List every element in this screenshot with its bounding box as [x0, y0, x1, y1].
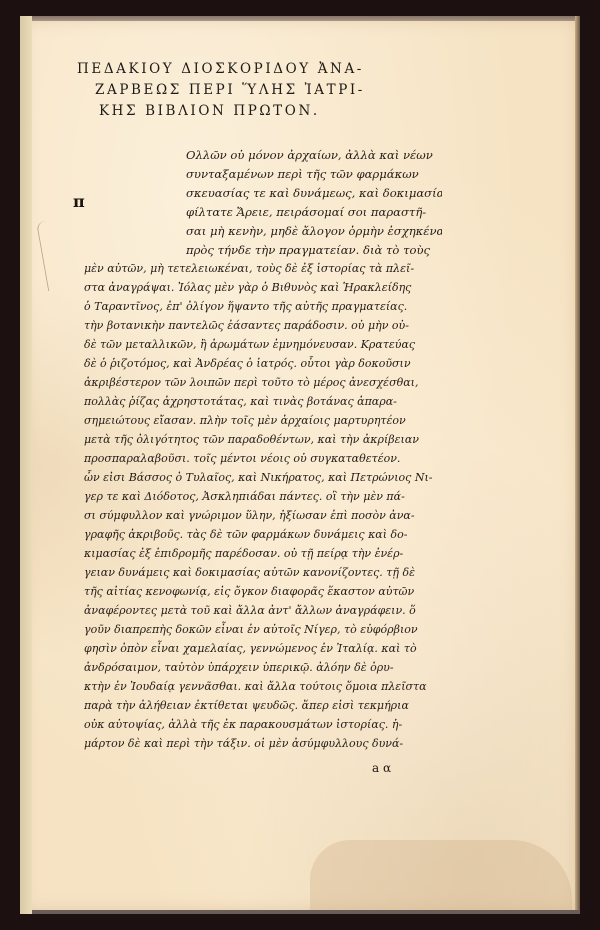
text-line: Ολλῶν οὐ μόνον ἀρχαίων, ἀλλὰ καὶ νέων — [186, 146, 442, 164]
title-line-3: ΚΗΣ ΒΙΒΛΙΟΝ ΠΡΩΤΟΝ. — [77, 101, 497, 122]
text-line: τῆς αἰτίας κενοφωνίᾳ, εἰς ὄγκον διαφορᾶς… — [84, 583, 442, 601]
text-line: γειαν δυνάμεις καὶ δοκιμασίας αὐτῶν κανο… — [84, 564, 442, 582]
page-top-edge — [20, 16, 580, 21]
page-gutter-edge — [20, 16, 32, 914]
text-line: μετὰ τῆς ὀλιγότητος τῶν παραδοθέντων, κα… — [84, 431, 442, 449]
text-line: κιμασίας ἐξ ἐπιδρομῆς παρέδοσαν. οὐ τῇ π… — [84, 545, 442, 563]
text-line: προσπαραλαβοῦσι. τοῖς μέντοι νέοις οὐ συ… — [84, 450, 442, 468]
text-line: ἀναφέροντες μετὰ τοῦ καὶ ἄλλα ἀντ' ἄλλων… — [84, 602, 442, 620]
text-line: σκευασίας τε καὶ δυνάμεως, καὶ δοκιμασία… — [186, 184, 442, 202]
text-line: στα ἀναγράψαι. Ἰόλας μὲν γὰρ ὁ Βιθυνὸς κ… — [84, 279, 442, 297]
text-line: ὧν εἰσι Βάσσος ὁ Τυλαῖος, καὶ Νικήρατος,… — [84, 469, 442, 487]
text-line: μάρτον δὲ καὶ περὶ τὴν τάξιν. οἱ μὲν ἀσύ… — [84, 735, 442, 753]
text-line: φησὶν ὀπὸν εἶναι χαμελαίας, γεννώμενος ἐ… — [84, 640, 442, 658]
page-bottom-edge — [32, 910, 580, 914]
text-line: ἀνδρόσαιμον, ταὐτὸν ὑπάρχειν ὑπερικῷ. ἀλ… — [84, 659, 442, 677]
text-line: δὲ ὁ ῥιζοτόμος, καὶ Ἀνδρέας ὁ ἰατρός. οὗ… — [84, 355, 442, 373]
text-line: ἀκριβέστερον τῶν λοιπῶν περὶ τοῦτο τὸ μέ… — [84, 374, 442, 392]
text-line: οὐκ αὐτοψίας, ἀλλὰ τῆς ἐκ παρακουσμάτων … — [84, 716, 442, 734]
paper-crease — [36, 221, 63, 291]
text-line: γραφῆς ἀκριβοῦς. τὰς δὲ τῶν φαρμάκων δυν… — [84, 526, 442, 544]
signature-mark: a α — [372, 761, 391, 775]
text-line: ὁ Ταραντῖνος, ἐπ' ὀλίγον ἥψαντο τῆς αὐτῆ… — [84, 298, 442, 316]
text-line: τὴν βοτανικὴν παντελῶς ἐάσαντες παράδοσι… — [84, 317, 442, 335]
text-line: πολλὰς ῥίζας ἀχρηστοτάτας, καὶ τινὰς βοτ… — [84, 393, 442, 411]
text-line: μὲν αὐτῶν, μὴ τετελειωκέναι, τοὺς δὲ ἐξ … — [84, 260, 442, 278]
title-line-2: ΖΑΡΒΕΩΣ ΠΕΡΙ ὝΛΗΣ ἸΑΤΡΙ- — [77, 80, 497, 101]
text-line: γοῦν διαπρεπὴς δοκῶν εἶναι ἐν αὐτοῖς Νίγ… — [84, 621, 442, 639]
text-line: συνταξαμένων περὶ τῆς τῶν φαρμάκων — [186, 165, 442, 183]
text-line: δὲ τῶν μεταλλικῶν, ἢ ἀρωμάτων ἐμνημόνευσ… — [84, 336, 442, 354]
text-line: παρὰ τὴν ἀλήθειαν ἐκτίθεται ψευδῶς. ἅπερ… — [84, 697, 442, 715]
page-right-edge — [575, 16, 580, 914]
initial-guide-letter: π — [73, 192, 85, 211]
water-stain — [310, 840, 572, 910]
text-line: σαι μὴ κενὴν, μηδὲ ἄλογον ὁρμὴν ἐσχηκένα… — [186, 222, 442, 240]
text-line: σι σύμφυλλον καὶ γνώριμον ὕλην, ἠξίωσαν … — [84, 507, 442, 525]
title-line-1: ΠΕΔΑΚΙΟΥ ΔΙΟΣΚΟΡΙΔΟΥ ἈΝΑ- — [77, 59, 497, 80]
text-line: πρὸς τήνδε τὴν πραγματείαν. διὰ τὸ τοὺς — [186, 241, 442, 259]
text-line: κτὴν ἐν Ἰουδαίᾳ γεννᾶσθαι. καὶ ἄλλα τούτ… — [84, 678, 442, 696]
text-line: σημειώτους εἴασαν. πλὴν τοῖς μὲν ἀρχαίοι… — [84, 412, 442, 430]
text-line: γερ τε καὶ Διόδοτος, Ἀσκληπιάδαι πάντες.… — [84, 488, 442, 506]
text-line: φίλτατε Ἄρειε, πειράσομαί σοι παραστῆ- — [186, 203, 442, 221]
title-heading: ΠΕΔΑΚΙΟΥ ΔΙΟΣΚΟΡΙΔΟΥ ἈΝΑ- ΖΑΡΒΕΩΣ ΠΕΡΙ Ὕ… — [77, 59, 497, 122]
